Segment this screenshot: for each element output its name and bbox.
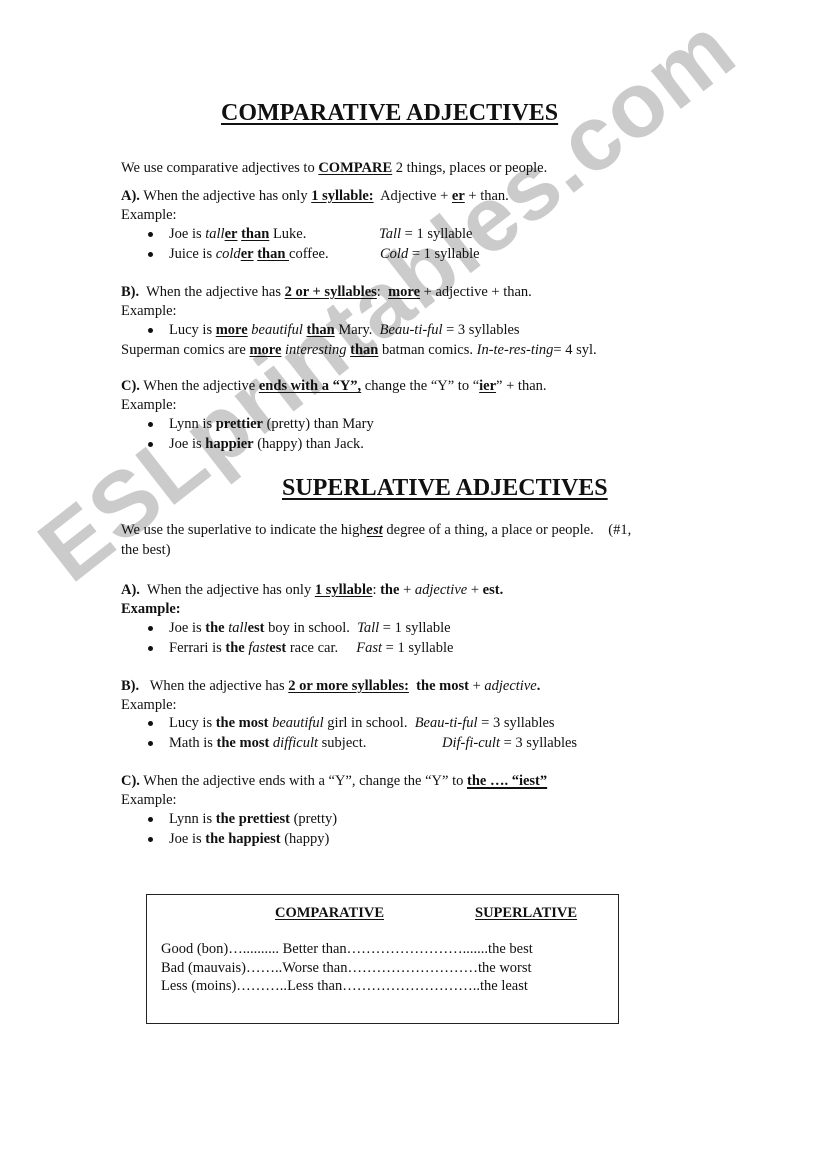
rule-text: change the “Y” to “	[361, 378, 479, 394]
most: the most	[216, 715, 269, 731]
rule-label: B).	[121, 284, 139, 300]
rule-key: more	[388, 284, 420, 300]
text: Joe is	[169, 831, 205, 847]
example-item: Lucy is the most beautiful girl in schoo…	[169, 713, 555, 733]
bullet-icon	[148, 442, 153, 447]
text: Mary.	[335, 322, 380, 338]
comparative-rule-a: A). When the adjective has only 1 syllab…	[121, 186, 509, 206]
adj: beautiful	[268, 715, 323, 731]
intro-text-end: 2 things, places or people.	[392, 160, 547, 176]
most: the most	[217, 735, 270, 751]
rule-the: the	[380, 582, 399, 598]
word: the happiest	[205, 831, 280, 847]
intro-text: We use the superlative to indicate the h…	[121, 522, 367, 538]
bullet-icon	[148, 328, 153, 333]
note: = 3 syllables	[443, 322, 520, 338]
example-item: Joe is taller than Luke.	[169, 224, 306, 244]
comparative-form: Worse than………………………	[282, 960, 478, 976]
text: Lynn is	[169, 811, 216, 827]
syllable-note: Tall = 1 syllable	[379, 224, 472, 244]
suffix: est	[248, 620, 265, 636]
note: = 1 syllable	[382, 640, 453, 656]
comparative-rule-c: C). When the adjective ends with a “Y”, …	[121, 376, 547, 396]
intro-text: We use comparative adjectives to	[121, 160, 318, 176]
bullet-icon	[148, 837, 153, 842]
superlative-intro: We use the superlative to indicate the h…	[121, 520, 631, 540]
rule-text: When the adjective has	[139, 284, 284, 300]
bullet-icon	[148, 252, 153, 257]
word: prettier	[216, 416, 263, 432]
suffix: er	[225, 226, 238, 242]
adj: beautiful	[248, 322, 303, 338]
example-label: Example:	[121, 205, 177, 225]
rule-text: Adjective +	[374, 188, 452, 204]
note: = 3 syllables	[500, 735, 577, 751]
text: Lucy is	[169, 322, 216, 338]
rule-key: er	[452, 188, 465, 204]
example-label: Example:	[121, 599, 181, 619]
rule-text: :	[372, 582, 380, 598]
superlative-form: the best	[488, 941, 533, 957]
rule-text: + than.	[465, 188, 509, 204]
rule-text: When the adjective has	[139, 678, 288, 694]
comparative-rule-b: B). When the adjective has 2 or + syllab…	[121, 282, 532, 302]
the: the	[205, 620, 224, 636]
superlative-rule-b: B). When the adjective has 2 or more syl…	[121, 676, 540, 696]
comparative-intro: We use comparative adjectives to COMPARE…	[121, 158, 547, 178]
example-label: Example:	[121, 695, 177, 715]
base-form: Less (moins)………..	[161, 978, 287, 994]
rule-text: +	[399, 582, 414, 598]
adj: interesting	[281, 342, 346, 358]
syllable-note: Dif-fi-cult = 3 syllables	[442, 733, 577, 753]
text: Joe is	[169, 226, 205, 242]
syllable-note: Cold = 1 syllable	[380, 244, 480, 264]
note-word: Tall	[357, 620, 379, 636]
bullet-icon	[148, 721, 153, 726]
rule-label: C).	[121, 378, 140, 394]
rule-most: the most	[409, 678, 469, 694]
the: the	[225, 640, 244, 656]
text: Juice is	[169, 246, 216, 262]
text: boy in school.	[264, 620, 357, 636]
text: Lucy is	[169, 715, 216, 731]
superlative-rule-a: A). When the adjective has only 1 syllab…	[121, 580, 503, 600]
text: (pretty) than Mary	[263, 416, 374, 432]
irregular-table-rows: Good (bon)….......... Better than……………………	[161, 940, 533, 996]
example-item: Ferrari is the fastest race car. Fast = …	[169, 638, 453, 658]
example-extra: Superman comics are more interesting tha…	[121, 340, 597, 360]
text: (happy) than Jack.	[254, 436, 364, 452]
rule-text: +	[469, 678, 484, 694]
bullet-icon	[148, 422, 153, 427]
word: the prettiest	[216, 811, 290, 827]
text: Lynn is	[169, 416, 216, 432]
rule-label: A).	[121, 188, 140, 204]
rule-text: .	[537, 678, 541, 694]
text: batman comics.	[378, 342, 476, 358]
text: (happy)	[281, 831, 330, 847]
than: than	[350, 342, 378, 358]
rule-text: When the adjective has only	[140, 582, 315, 598]
note-word: Beau-ti-ful	[380, 322, 443, 338]
bullet-icon	[148, 646, 153, 651]
note-word: Tall	[379, 226, 401, 242]
adj: tall	[205, 226, 224, 242]
rule-est: est.	[483, 582, 504, 598]
intro-key: COMPARE	[318, 160, 392, 176]
example-item: Juice is colder than coffee.	[169, 244, 329, 264]
rule-text: +	[467, 582, 482, 598]
note: = 3 syllables	[478, 715, 555, 731]
comparative-title: COMPARATIVE ADJECTIVES	[221, 100, 558, 127]
bullet-icon	[148, 232, 153, 237]
text: Joe is	[169, 436, 205, 452]
rule-label: C).	[121, 773, 140, 789]
note: = 1 syllable	[379, 620, 450, 636]
adj: fast	[245, 640, 270, 656]
table-row: Good (bon)….......... Better than……………………	[161, 940, 533, 959]
example-label: Example:	[121, 790, 177, 810]
note: = 1 syllable	[408, 246, 479, 262]
than: than	[306, 322, 334, 338]
rule-adj: adjective	[415, 582, 467, 598]
note-word: Cold	[380, 246, 408, 262]
rule-key: ier	[479, 378, 496, 394]
text: (pretty)	[290, 811, 337, 827]
than: than	[241, 226, 269, 242]
superlative-form: the worst	[478, 960, 532, 976]
note-word: Beau-ti-ful	[415, 715, 478, 731]
note: = 4 syl.	[553, 342, 596, 358]
rule-key: 1 syllable	[315, 582, 373, 598]
base-form: Good (bon)…..........	[161, 941, 279, 957]
text: Math is	[169, 735, 217, 751]
text: Luke.	[269, 226, 306, 242]
example-label: Example:	[121, 395, 177, 415]
word: happier	[205, 436, 253, 452]
superlative-form: the least	[480, 978, 528, 994]
comparative-form: Better than…………………….......	[279, 941, 488, 957]
rule-label: B).	[121, 678, 139, 694]
bullet-icon	[148, 741, 153, 746]
rule-adj: adjective	[484, 678, 536, 694]
text: race car.	[286, 640, 356, 656]
note-word: In-te-res-ting	[477, 342, 554, 358]
rule-key: ends with a “Y”,	[259, 378, 361, 394]
rule-key: 2 or + syllables	[285, 284, 377, 300]
intro-text-end: degree of a thing, a place or people. (#…	[383, 522, 631, 538]
text: girl in school.	[324, 715, 415, 731]
more: more	[216, 322, 248, 338]
adj: cold	[216, 246, 241, 262]
rule-key: 2 or more syllables:	[288, 678, 409, 694]
rule-key: 1 syllable:	[311, 188, 373, 204]
rule-text: ” + than.	[496, 378, 546, 394]
note: = 1 syllable	[401, 226, 472, 242]
example-item: Joe is the happiest (happy)	[169, 829, 329, 849]
table-row: Bad (mauvais)……..Worse than………………………the …	[161, 959, 533, 978]
rule-text: When the adjective has only	[140, 188, 311, 204]
more: more	[249, 342, 281, 358]
bullet-icon	[148, 817, 153, 822]
rule-text: :	[377, 284, 388, 300]
example-item: Joe is the tallest boy in school. Tall =…	[169, 618, 451, 638]
superlative-title: SUPERLATIVE ADJECTIVES	[282, 475, 608, 502]
suffix: er	[241, 246, 254, 262]
base-form: Bad (mauvais)……..	[161, 960, 282, 976]
example-item: Math is the most difficult subject.	[169, 733, 366, 753]
rule-key: the …. “iest”	[467, 773, 547, 789]
text: Joe is	[169, 620, 205, 636]
superlative-rule-c: C). When the adjective ends with a “Y”, …	[121, 771, 547, 791]
suffix: est	[269, 640, 286, 656]
note-word: Fast	[356, 640, 382, 656]
text: coffee.	[289, 246, 329, 262]
text: subject.	[318, 735, 366, 751]
example-item: Joe is happier (happy) than Jack.	[169, 434, 364, 454]
table-row: Less (moins)………..Less than………………………..the…	[161, 977, 533, 996]
intro-key: est	[367, 522, 383, 538]
column-header-superlative: SUPERLATIVE	[475, 903, 577, 923]
rule-text: + adjective + than.	[420, 284, 532, 300]
example-item: Lucy is more beautiful than Mary. Beau-t…	[169, 320, 520, 340]
example-item: Lynn is the prettiest (pretty)	[169, 809, 337, 829]
comparative-form: Less than………………………..	[287, 978, 480, 994]
adj: tall	[225, 620, 248, 636]
column-header-comparative: COMPARATIVE	[275, 903, 384, 923]
bullet-icon	[148, 626, 153, 631]
example-item: Lynn is prettier (pretty) than Mary	[169, 414, 374, 434]
note-word: Dif-fi-cult	[442, 735, 500, 751]
than: than	[257, 246, 289, 262]
rule-label: A).	[121, 582, 140, 598]
rule-text: When the adjective ends with a “Y”, chan…	[140, 773, 467, 789]
rule-text: When the adjective	[140, 378, 259, 394]
example-label: Example:	[121, 301, 177, 321]
adj: difficult	[269, 735, 318, 751]
superlative-intro-line2: the best)	[121, 540, 171, 560]
text: Superman comics are	[121, 342, 249, 358]
text: Ferrari is	[169, 640, 225, 656]
worksheet-page: ESLprintables.com COMPARATIVE ADJECTIVES…	[0, 0, 826, 1169]
